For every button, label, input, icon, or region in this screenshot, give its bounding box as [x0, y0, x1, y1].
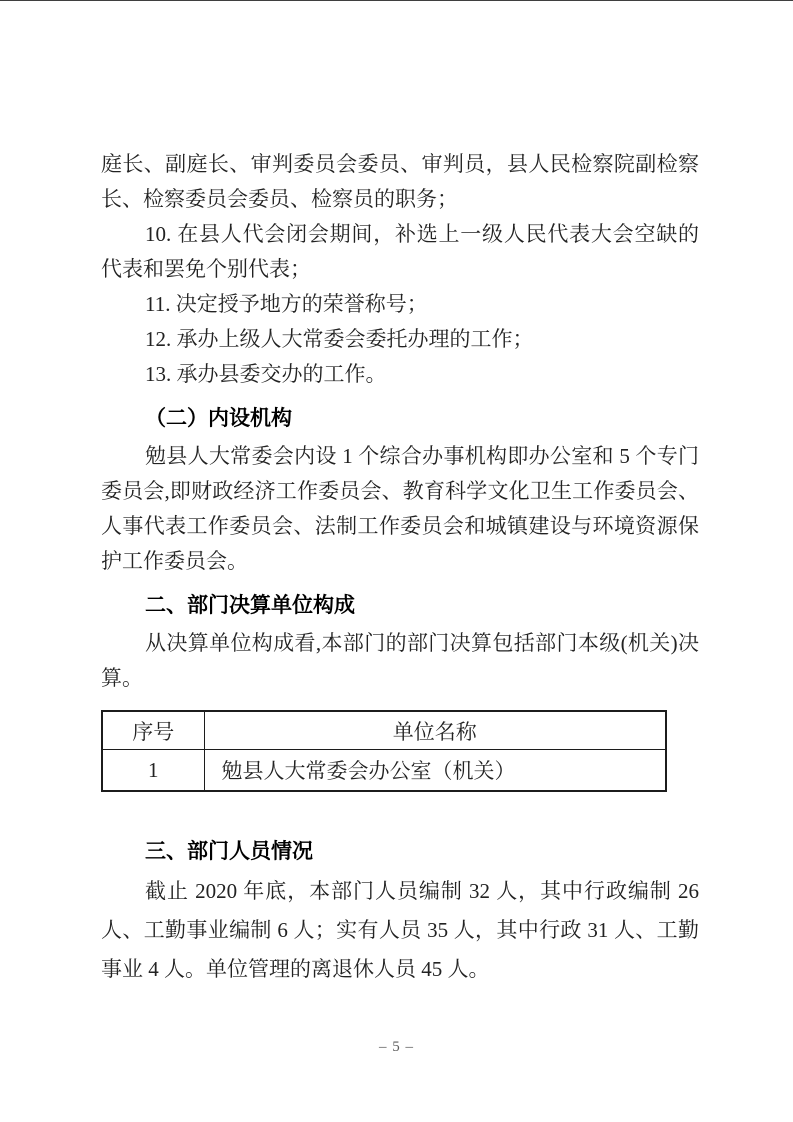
document-content: 庭长、副庭长、审判委员会委员、审判员，县人民检察院副检察长、检察委员会委员、检察… — [101, 147, 699, 989]
paragraphs-section-duties: 庭长、副庭长、审判委员会委员、审判员，县人民检察院副检察长、检察委员会委员、检察… — [101, 147, 699, 696]
section-heading: （二）内设机构 — [101, 401, 699, 436]
section-heading: 二、部门决算单位构成 — [101, 588, 699, 623]
table-header-cell: 单位名称 — [204, 711, 666, 750]
section-heading: 三、部门人员情况 — [101, 834, 699, 869]
paragraph: 12. 承办上级人大常委会委托办理的工作； — [101, 322, 699, 357]
serial-number-cell: 1 — [102, 750, 204, 792]
paragraph: 庭长、副庭长、审判委员会委员、审判员，县人民检察院副检察长、检察委员会委员、检察… — [101, 147, 699, 217]
paragraph: 10. 在县人代会闭会期间，补选上一级人民代表大会空缺的代表和罢免个别代表； — [101, 217, 699, 287]
table-header-cell: 序号 — [102, 711, 204, 750]
unit-name-cell: 勉县人大常委会办公室（机关） — [204, 750, 666, 792]
document-page: 庭长、副庭长、审判委员会委员、审判员，县人民检察院副检察长、检察委员会委员、检察… — [0, 0, 793, 1122]
paragraphs-section-personnel: 三、部门人员情况截止 2020 年底，本部门人员编制 32 人，其中行政编制 2… — [101, 834, 699, 989]
table-header-row: 序号单位名称 — [102, 711, 666, 750]
table-row: 1勉县人大常委会办公室（机关） — [102, 750, 666, 792]
paragraph: 13. 承办县委交办的工作。 — [101, 357, 699, 392]
paragraph: 11. 决定授予地方的荣誉称号； — [101, 287, 699, 322]
page-number: – 5 – — [0, 1037, 793, 1057]
page-top-edge — [0, 0, 793, 1]
unit-table: 序号单位名称1勉县人大常委会办公室（机关） — [101, 710, 667, 792]
paragraph: 从决算单位构成看,本部门的部门决算包括部门本级(机关)决算。 — [101, 626, 699, 696]
paragraph: 截止 2020 年底，本部门人员编制 32 人，其中行政编制 26 人、工勤事业… — [101, 872, 699, 989]
paragraph: 勉县人大常委会内设 1 个综合办事机构即办公室和 5 个专门委员会,即财政经济工… — [101, 439, 699, 579]
